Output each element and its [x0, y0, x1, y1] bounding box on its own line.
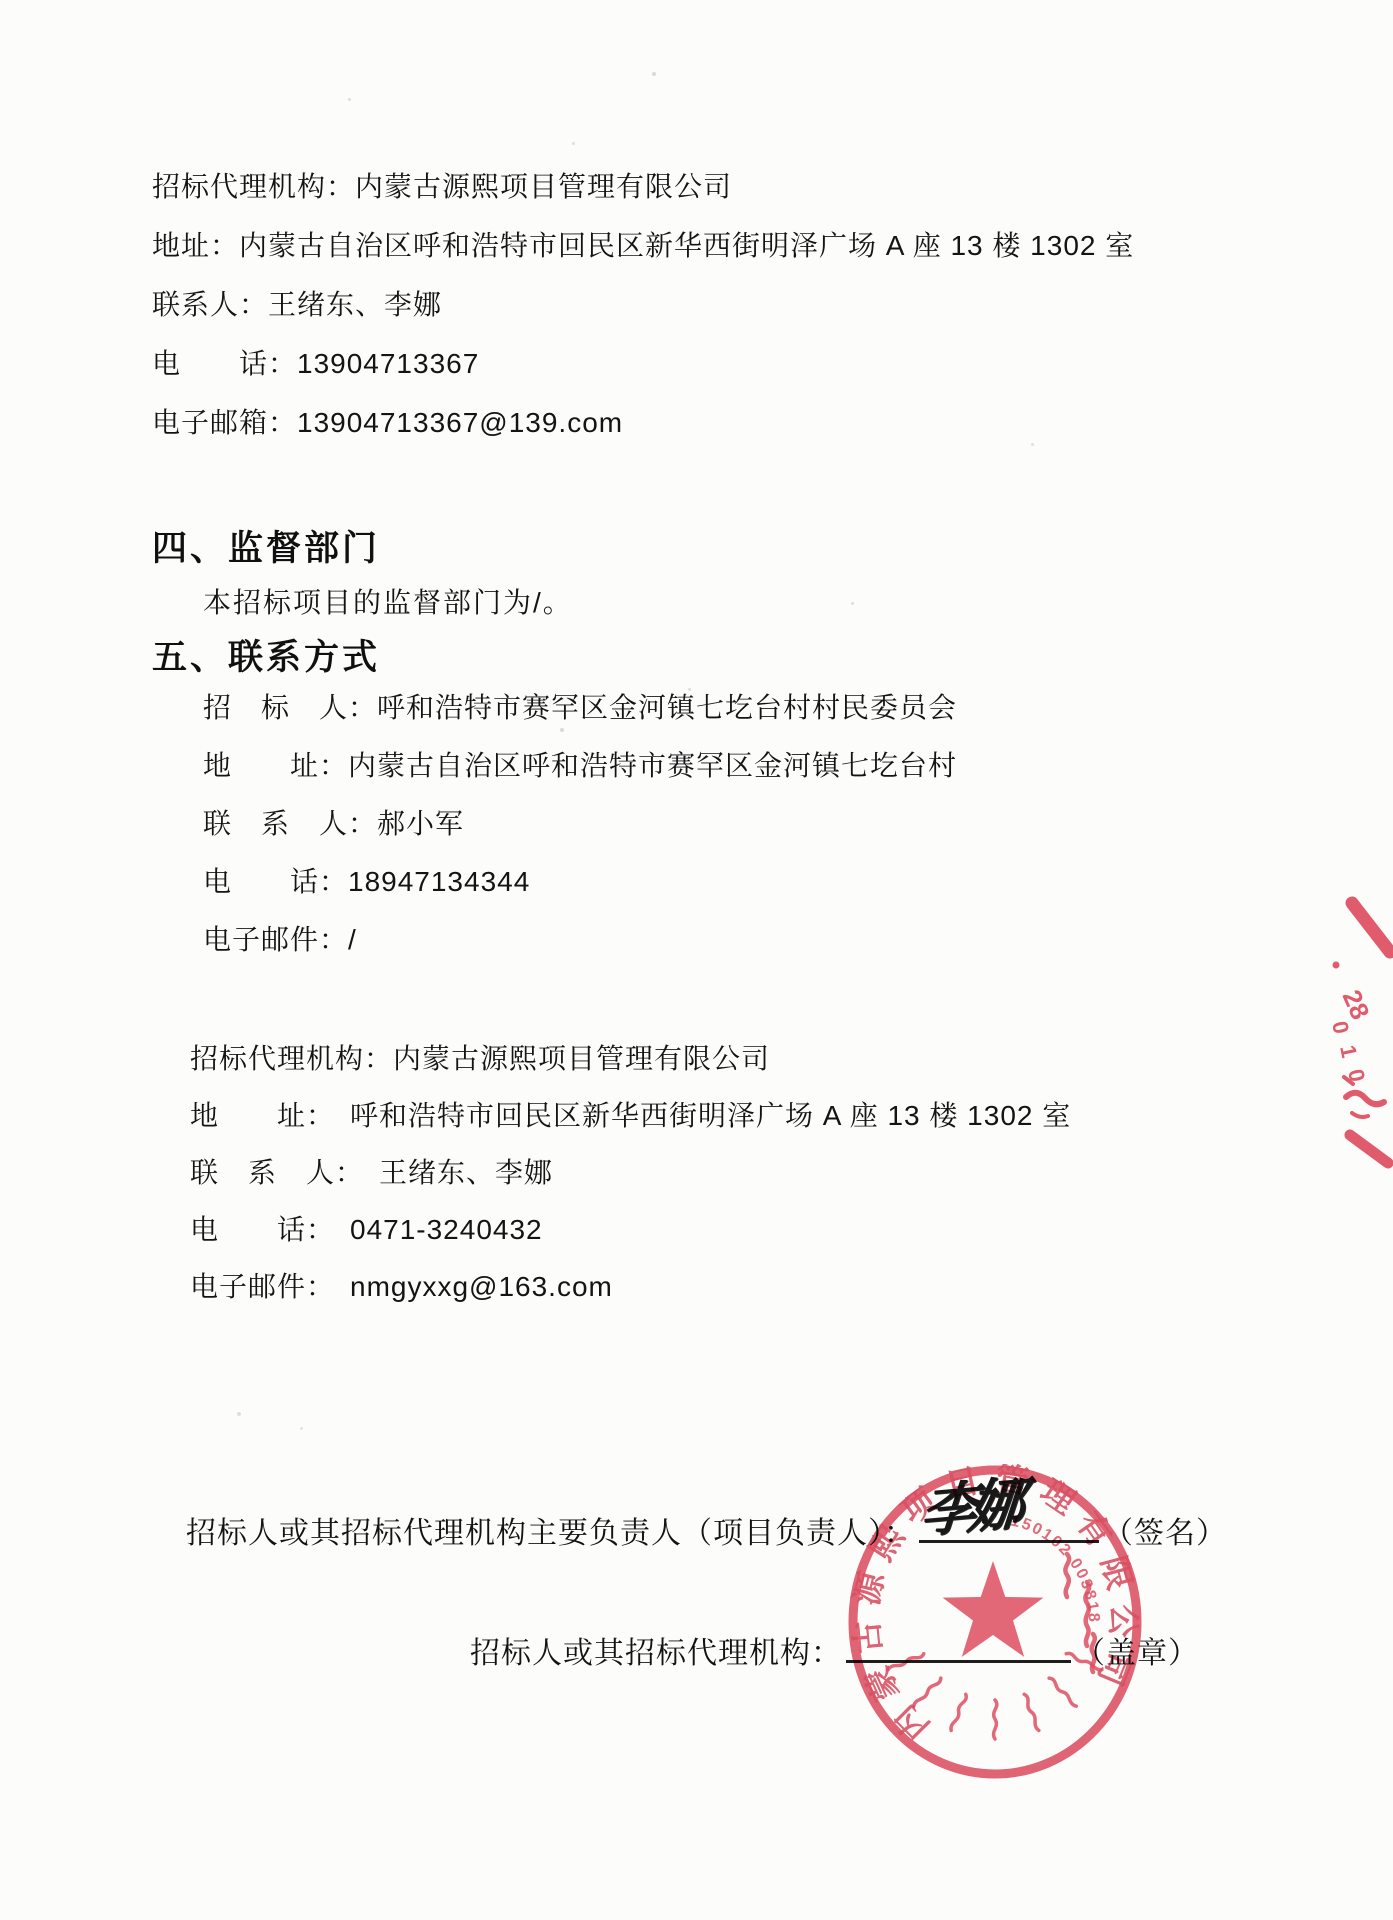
- agency-name-line: 招标代理机构：内蒙古源熙项目管理有限公司: [152, 171, 1134, 202]
- tenderer-name-line: 招 标 人：呼和浩特市赛罕区金河镇七圪台村村民委员会: [203, 692, 957, 723]
- agency2-phone-line: 电 话： 0471-3240432: [190, 1214, 1071, 1245]
- star-icon: [943, 1561, 1044, 1657]
- section-heading-supervision: 四、监督部门: [152, 521, 380, 571]
- signature-row-1-label: 招标人或其招标代理机构主要负责人（项目负责人）：: [186, 1517, 915, 1550]
- scan-speck: [1122, 247, 1125, 250]
- supervision-body-text: 本招标项目的监督部门为/。: [203, 581, 573, 621]
- scan-speck: [652, 72, 656, 76]
- edge-digit-1: 28: [1337, 985, 1376, 1024]
- signature-row-2-label: 招标人或其招标代理机构：: [470, 1637, 842, 1670]
- edge-digit-2: 0: [1327, 1019, 1354, 1036]
- scan-speck: [560, 728, 564, 732]
- scan-speck: [1031, 443, 1034, 446]
- edge-stamp-marks: 28 0 1 0: [1327, 903, 1390, 1163]
- scan-speck: [688, 688, 691, 691]
- tenderer-address-line: 地 址：内蒙古自治区呼和浩特市赛罕区金河镇七圪台村: [203, 750, 957, 781]
- edge-stamp-fragment: 28 0 1 0: [1320, 895, 1393, 1180]
- agency2-email-line: 电子邮件： nmgyxxg@163.com: [190, 1271, 1071, 1302]
- agency-contact-person-line: 联系人：王绪东、李娜: [152, 289, 1134, 320]
- scan-speck: [348, 98, 351, 101]
- scan-speck: [572, 142, 575, 145]
- scanned-tender-document-page: 招标代理机构：内蒙古源熙项目管理有限公司 地址：内蒙古自治区呼和浩特市回民区新华…: [0, 0, 1393, 1920]
- agency2-contact-person-line: 联 系 人： 王绪东、李娜: [190, 1157, 1071, 1188]
- scan-speck: [851, 602, 854, 605]
- section-heading-contact: 五、联系方式: [152, 630, 380, 680]
- agency-address-line: 地址：内蒙古自治区呼和浩特市回民区新华西街明泽广场 A 座 13 楼 1302 …: [152, 230, 1134, 261]
- tenderer-email-line: 电子邮件：/: [203, 924, 957, 955]
- company-seal-stamp: 内蒙古源熙项目管理有限公司 150102 0038182: [845, 1464, 1155, 1789]
- edge-digit-3: 1: [1335, 1043, 1362, 1060]
- agency2-address-line: 地 址： 呼和浩特市回民区新华西街明泽广场 A 座 13 楼 1302 室: [190, 1100, 1071, 1131]
- agency-contact-block: 招标代理机构：内蒙古源熙项目管理有限公司 地 址： 呼和浩特市回民区新华西街明泽…: [190, 1043, 1071, 1328]
- tenderer-contact-person-line: 联 系 人：郝小军: [203, 808, 957, 839]
- tenderer-phone-line: 电 话：18947134344: [203, 866, 957, 897]
- scan-speck: [237, 1412, 241, 1416]
- tenderer-contact-block: 招 标 人：呼和浩特市赛罕区金河镇七圪台村村民委员会 地 址：内蒙古自治区呼和浩…: [203, 692, 957, 982]
- agency2-name-line: 招标代理机构：内蒙古源熙项目管理有限公司: [190, 1043, 1071, 1074]
- scan-speck: [300, 1427, 303, 1430]
- agency-email-line: 电子邮箱：13904713367@139.com: [152, 407, 1134, 438]
- top-agency-contact-block: 招标代理机构：内蒙古源熙项目管理有限公司 地址：内蒙古自治区呼和浩特市回民区新华…: [152, 171, 1134, 466]
- scan-speck: [795, 1117, 798, 1120]
- agency-phone-line: 电 话：13904713367: [152, 348, 1134, 379]
